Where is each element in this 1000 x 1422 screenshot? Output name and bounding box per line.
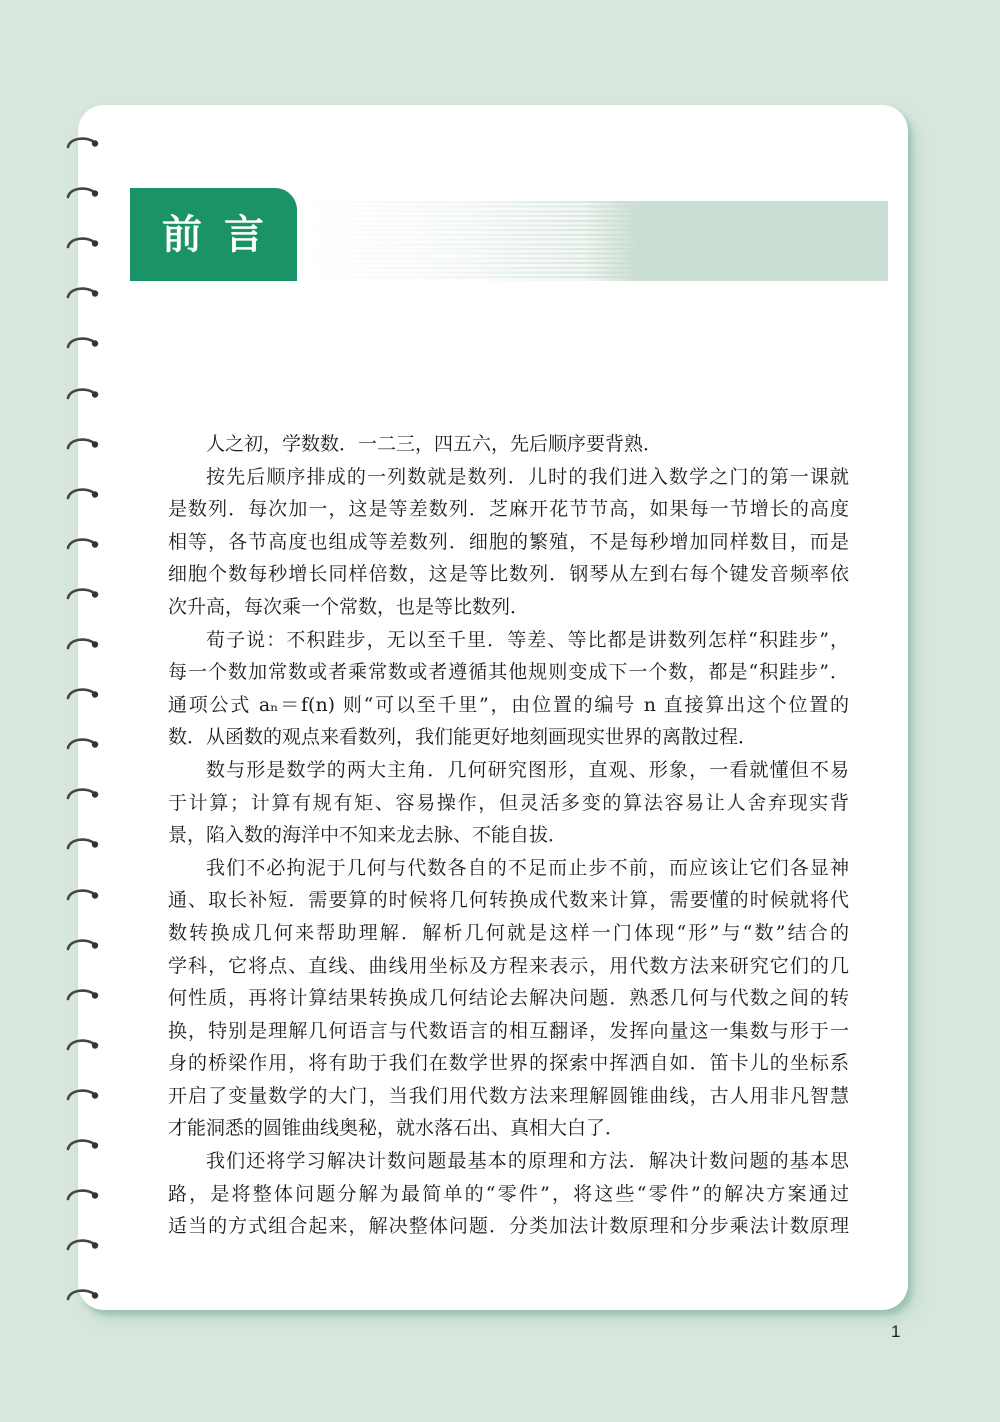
binding-ring-icon <box>64 737 102 751</box>
page-title: 前言 <box>130 215 286 255</box>
binding-ring-icon <box>64 186 102 200</box>
binding-ring-icon <box>64 336 102 350</box>
binding-ring-icon <box>64 437 102 451</box>
text-line: 学科，它将点、直线、曲线用坐标及方程来表示，用代数方法来研究它们的几 <box>168 950 849 983</box>
binding-ring-icon <box>64 938 102 952</box>
binding-ring-icon <box>64 1088 102 1102</box>
text-line: 次升高，每次乘一个常数，也是等比数列． <box>168 591 849 624</box>
text-line: 相等，各节高度也组成等差数列．细胞的繁殖，不是每秒增加同样数目，而是 <box>168 526 849 559</box>
binding-ring-icon <box>64 286 102 300</box>
binding-ring-icon <box>64 1238 102 1252</box>
text-line: 数与形是数学的两大主角．几何研究图形，直观、形象，一看就懂但不易 <box>168 754 849 787</box>
binding-ring-icon <box>64 1138 102 1152</box>
binding-ring-icon <box>64 787 102 801</box>
binding-ring-icon <box>64 1288 102 1302</box>
text-line: 细胞个数每秒增长同样倍数，这是等比数列．钢琴从左到右每个键发音频率依 <box>168 558 849 591</box>
binding-ring-icon <box>64 136 102 150</box>
text-line: 身的桥梁作用，将有助于我们在数学世界的探索中挥洒自如．笛卡儿的坐标系 <box>168 1047 849 1080</box>
text-line: 数．从函数的观点来看数列，我们能更好地刻画现实世界的离散过程． <box>168 721 849 754</box>
text-line: 人之初，学数数．一二三，四五六，先后顺序要背熟． <box>168 428 849 461</box>
binding-ring-icon <box>64 637 102 651</box>
text-line: 按先后顺序排成的一列数就是数列．儿时的我们进入数学之门的第一课就 <box>168 461 849 494</box>
preface-body: 人之初，学数数．一二三，四五六，先后顺序要背熟．按先后顺序排成的一列数就是数列．… <box>168 428 849 1243</box>
text-line: 我们不必拘泥于几何与代数各自的不足而止步不前，而应该让它们各显神 <box>168 852 849 885</box>
text-line: 通、取长补短．需要算的时候将几何转换成代数来计算，需要懂的时候就将代 <box>168 884 849 917</box>
binding-ring-icon <box>64 988 102 1002</box>
binding-ring-icon <box>64 888 102 902</box>
text-line: 换，特别是理解几何语言与代数语言的相互翻译，发挥向量这一集数与形于一 <box>168 1015 849 1048</box>
text-line: 荀子说：不积跬步，无以至千里．等差、等比都是讲数列怎样“积跬步”， <box>168 624 849 657</box>
binding-ring-icon <box>64 1188 102 1202</box>
text-line: 我们还将学习解决计数问题最基本的原理和方法．解决计数问题的基本思 <box>168 1145 849 1178</box>
page-number: 1 <box>891 1322 900 1342</box>
binding-ring-icon <box>64 387 102 401</box>
text-line: 开启了变量数学的大门，当我们用代数方法来理解圆锥曲线，古人用非凡智慧 <box>168 1080 849 1113</box>
text-line: 每一个数加常数或者乘常数或者遵循其他规则变成下一个数，都是“积跬步”． <box>168 656 849 689</box>
text-line: 数转换成几何来帮助理解．解析几何就是这样一门体现“形”与“数”结合的 <box>168 917 849 950</box>
text-line: 是数列．每次加一，这是等差数列．芝麻开花节节高，如果每一节增长的高度 <box>168 493 849 526</box>
text-line: 于计算；计算有规有矩、容易操作，但灵活多变的算法容易让人舍弃现实背 <box>168 787 849 820</box>
binding-ring-icon <box>64 837 102 851</box>
text-line: 通项公式 aₙ＝f(n) 则“可以至千里”，由位置的编号 n 直接算出这个位置的 <box>168 689 849 722</box>
title-decorative-bar <box>304 201 888 281</box>
binding-ring-icon <box>64 236 102 250</box>
binding-ring-icon <box>64 587 102 601</box>
binding-ring-icon <box>64 687 102 701</box>
text-line: 何性质，再将计算结果转换成几何结论去解决问题．熟悉几何与代数之间的转 <box>168 982 849 1015</box>
binding-ring-icon <box>64 537 102 551</box>
binding-ring-icon <box>64 487 102 501</box>
text-line: 才能洞悉的圆锥曲线奥秘，就水落石出、真相大白了． <box>168 1112 849 1145</box>
text-line: 景，陷入数的海洋中不知来龙去脉、不能自拔． <box>168 819 849 852</box>
text-line: 适当的方式组合起来，解决整体问题．分类加法计数原理和分步乘法计数原理 <box>168 1210 849 1243</box>
text-line: 路，是将整体问题分解为最简单的“零件”，将这些“零件”的解决方案通过 <box>168 1178 849 1211</box>
spiral-binding <box>0 0 110 1422</box>
chapter-title-block: 前言 <box>130 188 297 281</box>
binding-ring-icon <box>64 1038 102 1052</box>
